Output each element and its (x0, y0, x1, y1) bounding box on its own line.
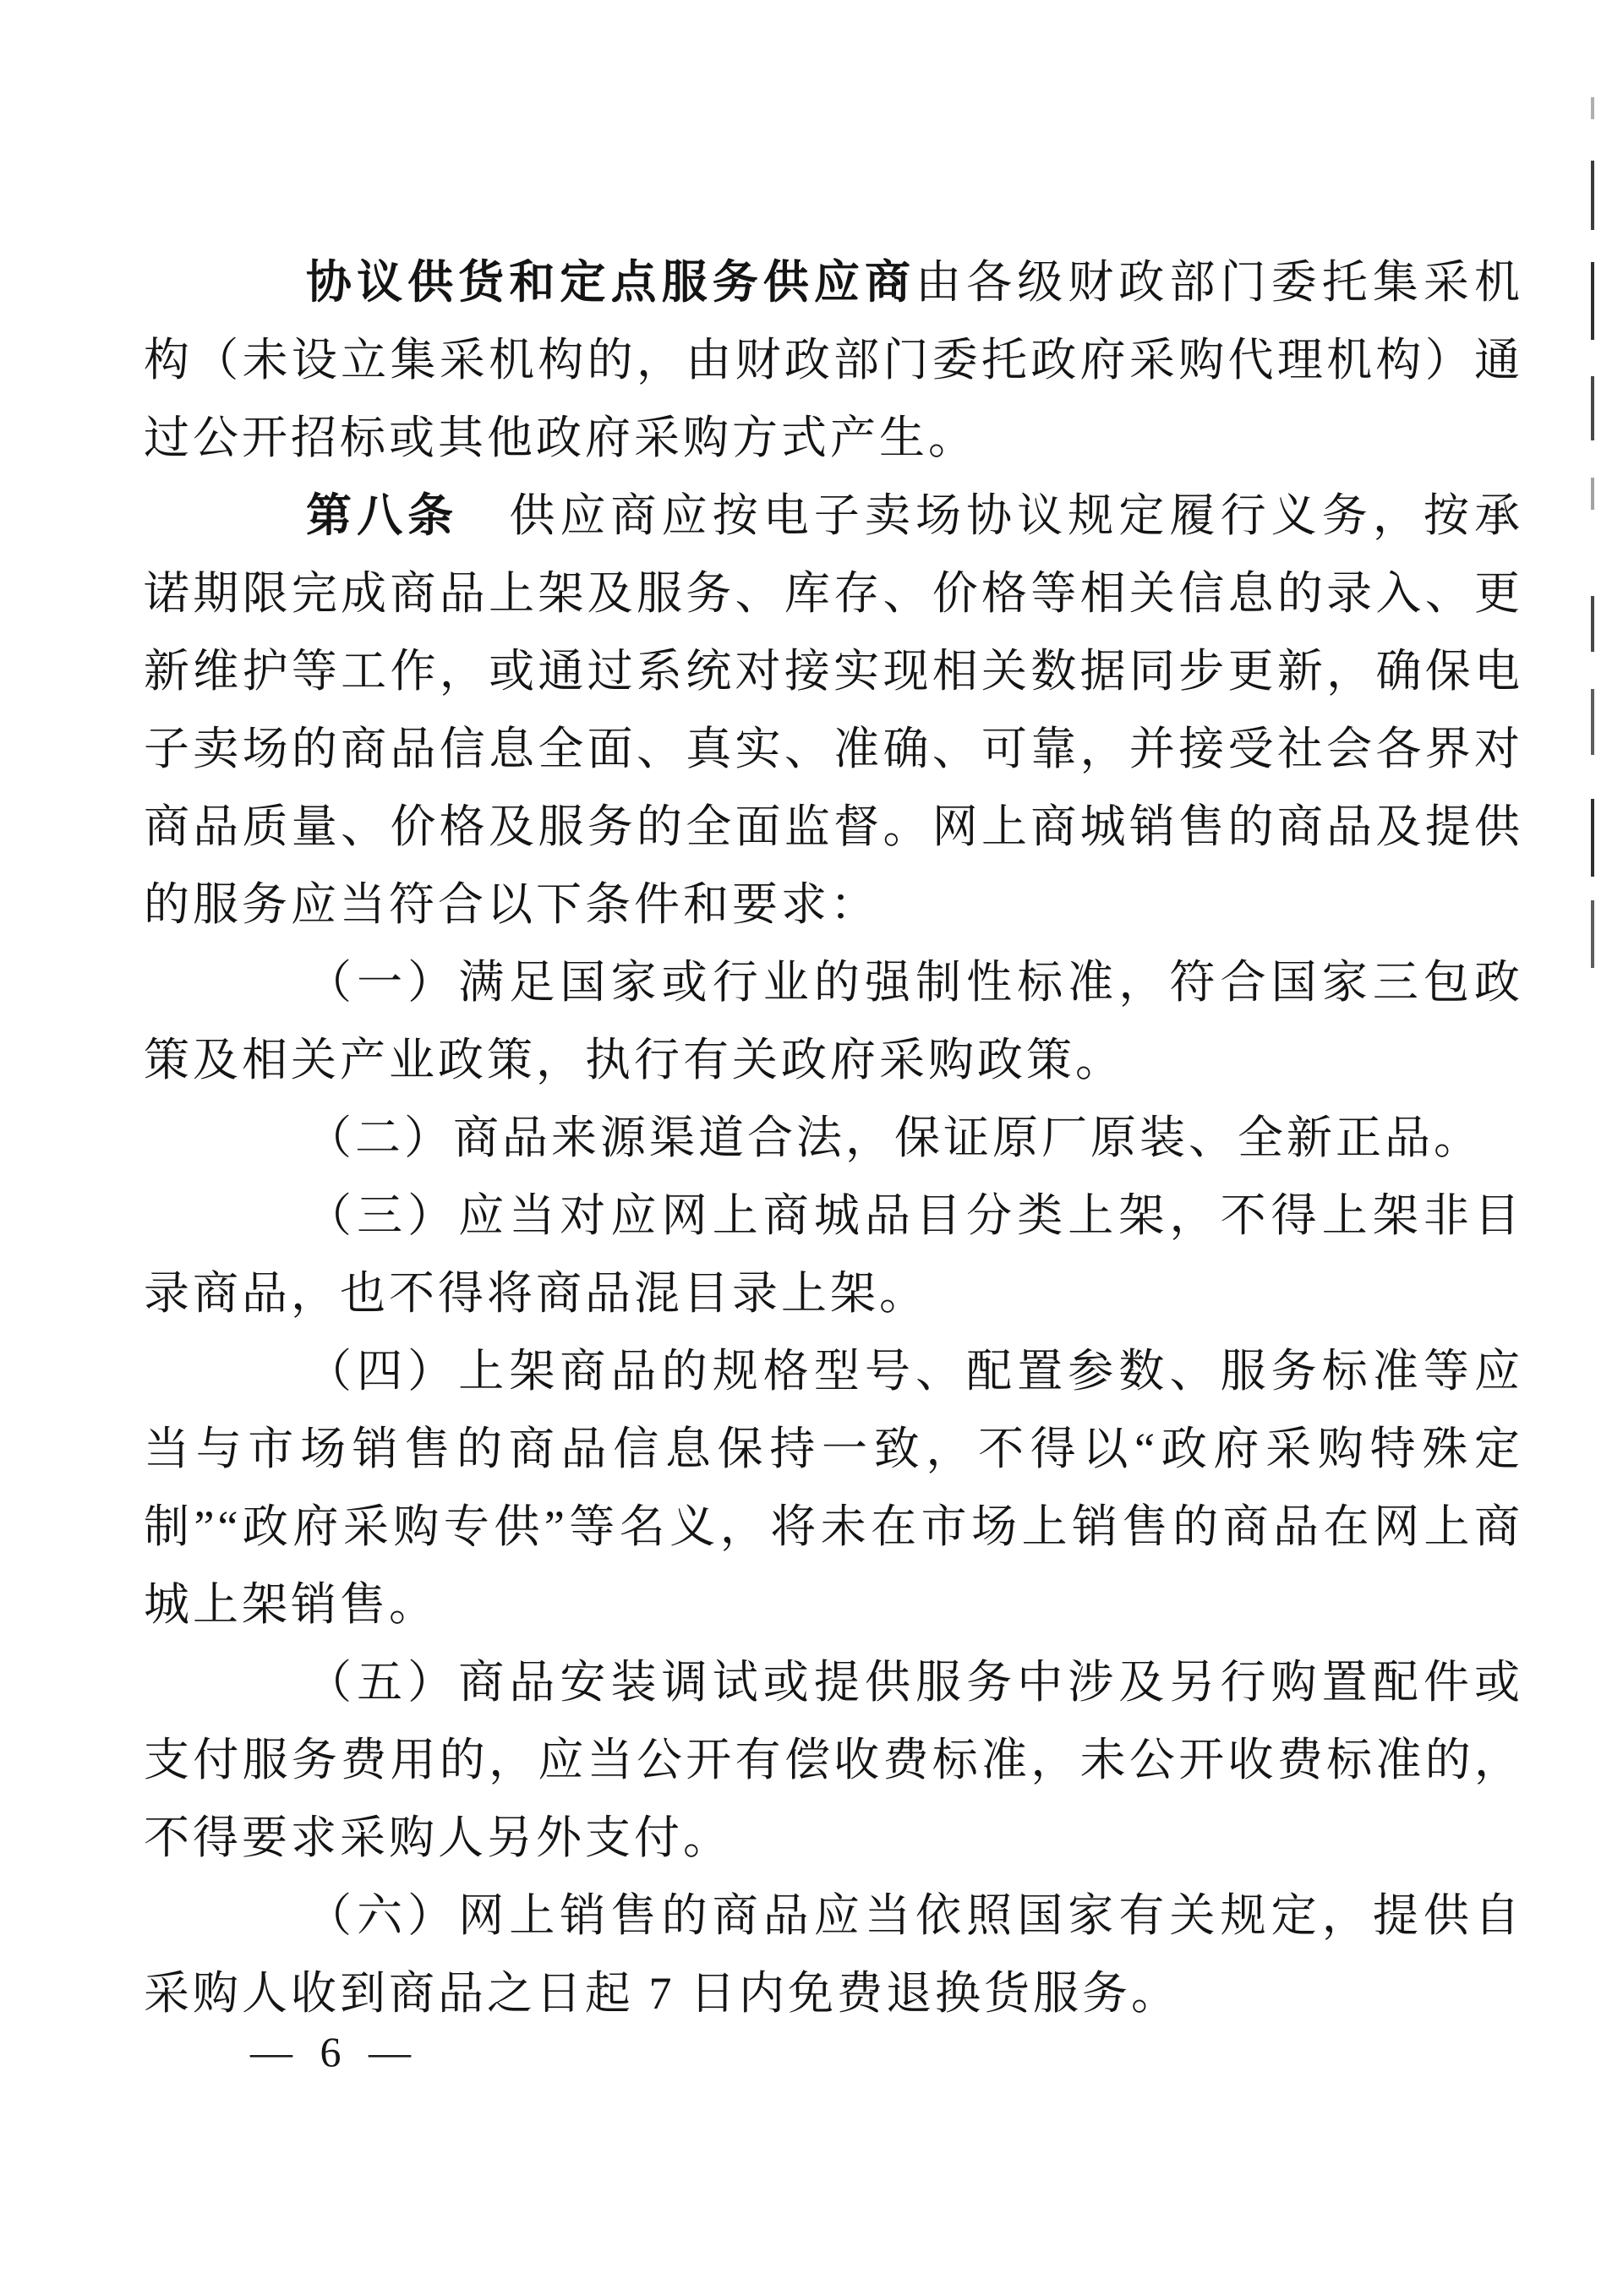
paragraph: （二）商品来源渠道合法，保证原厂原装、全新正品。 (144, 1099, 1523, 1177)
paragraph-lead: 协议供货和定点服务供应商 (306, 257, 915, 308)
paragraph-text: （二）商品来源渠道合法，保证原厂原装、全新正品。 (306, 1112, 1483, 1163)
scan-edge-artifact (1591, 0, 1596, 1268)
scan-mark (1591, 478, 1594, 510)
paragraph: （六）网上销售的商品应当依照国家有关规定，提供自采购人收到商品之日起 7 日内免… (144, 1877, 1523, 2032)
paragraph: （四）上架商品的规格型号、配置参数、服务标准等应当与市场销售的商品信息保持一致，… (144, 1332, 1523, 1643)
scan-mark (1591, 262, 1594, 340)
paragraph-text: （四）上架商品的规格型号、配置参数、服务标准等应当与市场销售的商品信息保持一致，… (144, 1346, 1523, 1630)
scan-mark (1591, 161, 1594, 230)
paragraph-text: （三）应当对应网上商城品目分类上架，不得上架非目录商品，也不得将商品混目录上架。 (144, 1190, 1523, 1319)
paragraph-text: 供应商应按电子卖场协议规定履行义务，按承诺期限完成商品上架及服务、库存、价格等相… (144, 490, 1523, 930)
scan-mark (1591, 799, 1594, 877)
paragraph: （五）商品安装调试或提供服务中涉及另行购置配件或支付服务费用的，应当公开有偿收费… (144, 1643, 1523, 1877)
page-number: — 6 — (250, 2027, 419, 2076)
paragraph: 协议供货和定点服务供应商由各级财政部门委托集采机构（未设立集采机构的，由财政部门… (144, 243, 1523, 477)
document-text-block: 协议供货和定点服务供应商由各级财政部门委托集采机构（未设立集采机构的，由财政部门… (144, 243, 1523, 2032)
scan-mark (1591, 689, 1594, 755)
scan-mark (1591, 97, 1594, 119)
paragraph: （一）满足国家或行业的强制性标准，符合国家三包政策及相关产业政策，执行有关政府采… (144, 943, 1523, 1099)
scan-mark (1591, 376, 1594, 440)
paragraph-text: （六）网上销售的商品应当依照国家有关规定，提供自采购人收到商品之日起 7 日内免… (144, 1890, 1523, 2019)
paragraph-text: （一）满足国家或行业的强制性标准，符合国家三包政策及相关产业政策，执行有关政府采… (144, 957, 1523, 1085)
paragraph-text: （五）商品安装调试或提供服务中涉及另行购置配件或支付服务费用的，应当公开有偿收费… (144, 1657, 1523, 1863)
scan-mark (1591, 900, 1594, 968)
paragraph: （三）应当对应网上商城品目分类上架，不得上架非目录商品，也不得将商品混目录上架。 (144, 1177, 1523, 1332)
paragraph: 第八条 供应商应按电子卖场协议规定履行义务，按承诺期限完成商品上架及服务、库存、… (144, 477, 1523, 943)
scan-mark (1591, 596, 1594, 652)
article-number: 第八条 (306, 490, 458, 541)
